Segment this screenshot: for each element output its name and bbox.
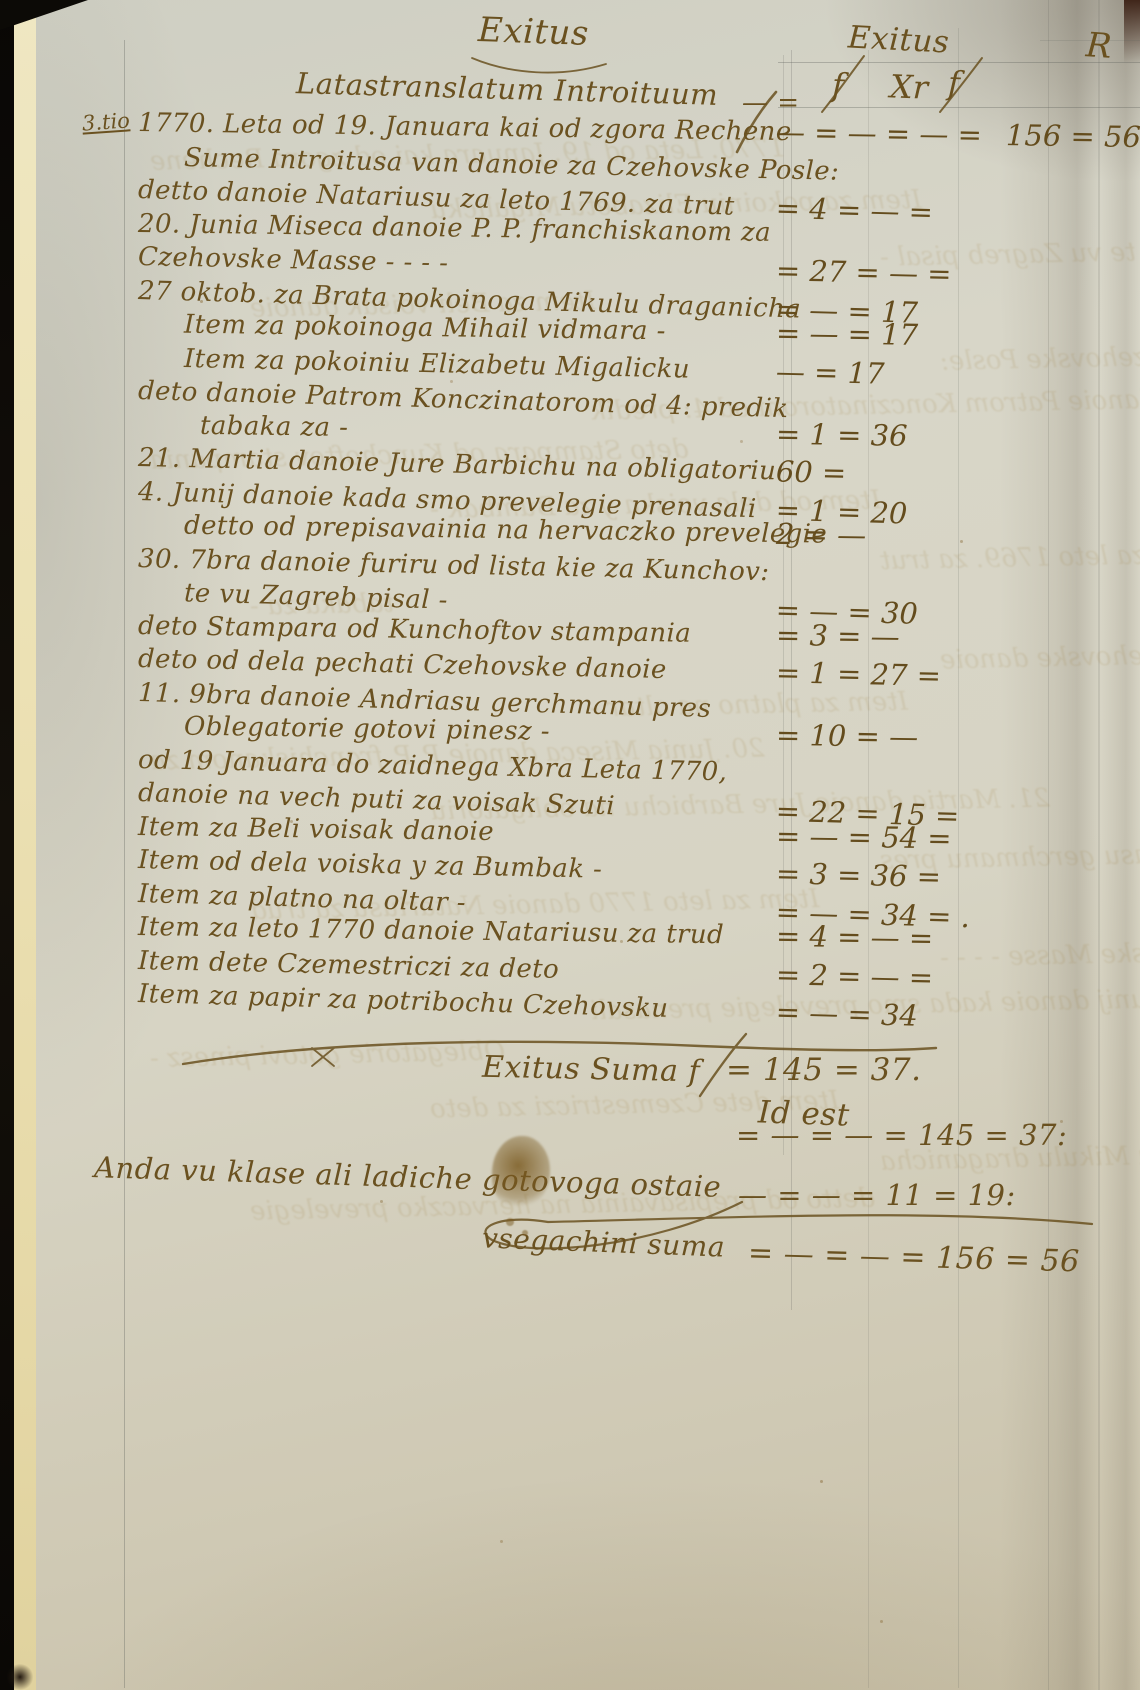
grand-total-values: = — = — = 156 = 56 — [748, 1236, 1081, 1280]
column-title-r: R — [1085, 25, 1114, 67]
ledger-row-values: = 10 = — — [776, 718, 919, 754]
column-header-florin: f — [831, 66, 844, 104]
ledger-row-values: — = — = — = — [776, 115, 982, 152]
ledger-row-text: Item za pokoinoga Mihail vidmara - — [184, 310, 666, 347]
ledger-row-text: te vu Zagreb pisal - — [184, 578, 449, 615]
cash-remainder-values: — = — = 11 = 19: — [738, 1178, 1016, 1212]
ledger-row-values: = 1 = 27 = — [776, 655, 942, 692]
margin-item-number: 3.tio — [81, 108, 130, 135]
ledger-row-values: = 3 = — — [776, 617, 900, 653]
ledger-row-values: = — = 17 — [776, 316, 919, 352]
ledger-row-text: tabaka za - — [200, 410, 349, 442]
ledger-row-values: 2 = — — [776, 517, 867, 552]
ledger-row-text: Item dete Czemestriczi za deto — [138, 946, 560, 985]
subtitle-dash: — = — [742, 88, 800, 118]
exitus-suma-label: Exitus Suma f — [482, 1050, 701, 1090]
ledger-row-values: = 1 = 36 — [776, 416, 908, 452]
ledger-row-values: = — = 34 — [775, 995, 918, 1033]
ledger-row-values: = — = 54 = — [776, 818, 952, 854]
ink-dot — [522, 1230, 528, 1236]
ink-dot — [506, 1218, 514, 1226]
ledger-row-right-values: 156 = 56 — [1006, 118, 1140, 154]
ledger-row-text: 1770. Leta od 19. Januara kai od zgora R… — [138, 108, 792, 147]
subtitle-lata-translatum: Latastranslatum Introituum — [296, 66, 719, 112]
cash-remainder-line: Anda vu klase ali ladiche gotovoga ostai… — [94, 1150, 722, 1204]
handwritten-content: Exitus Exitus R Latastranslatum Introitu… — [0, 0, 1140, 1690]
grand-total-label: vsegachini suma — [481, 1221, 725, 1263]
ledger-row-text: Item za Beli voisak danoie — [138, 812, 494, 847]
column-title-exitus: Exitus — [847, 19, 950, 60]
column-header-kreuzer: Xr — [889, 67, 928, 106]
column-header-florin: f — [947, 64, 960, 102]
id-est-values: = — = — = 145 = 37: — [736, 1118, 1067, 1152]
ledger-row-text: Czehovske Masse - - - - — [138, 242, 449, 278]
ledger-row-values: 60 = — [776, 454, 847, 489]
ledger-row-values: = 4 = — = — [776, 919, 934, 955]
manuscript-page-scan: 1770. Leta od 19. Januara kai od zgora R… — [0, 0, 1140, 1690]
ledger-row-values: = 27 = — = — [776, 253, 952, 291]
ledger-row-values: — = 17 — [776, 354, 885, 390]
page-title-exitus: Exitus — [477, 10, 589, 54]
ledger-row-text: Oblegatorie gotovi pinesz - — [184, 712, 550, 747]
ledger-row-values: = 3 = 36 = — [776, 856, 942, 893]
ledger-row-values: = 2 = — = — [776, 957, 934, 994]
exitus-suma-values: = 145 = 37. — [726, 1052, 921, 1088]
